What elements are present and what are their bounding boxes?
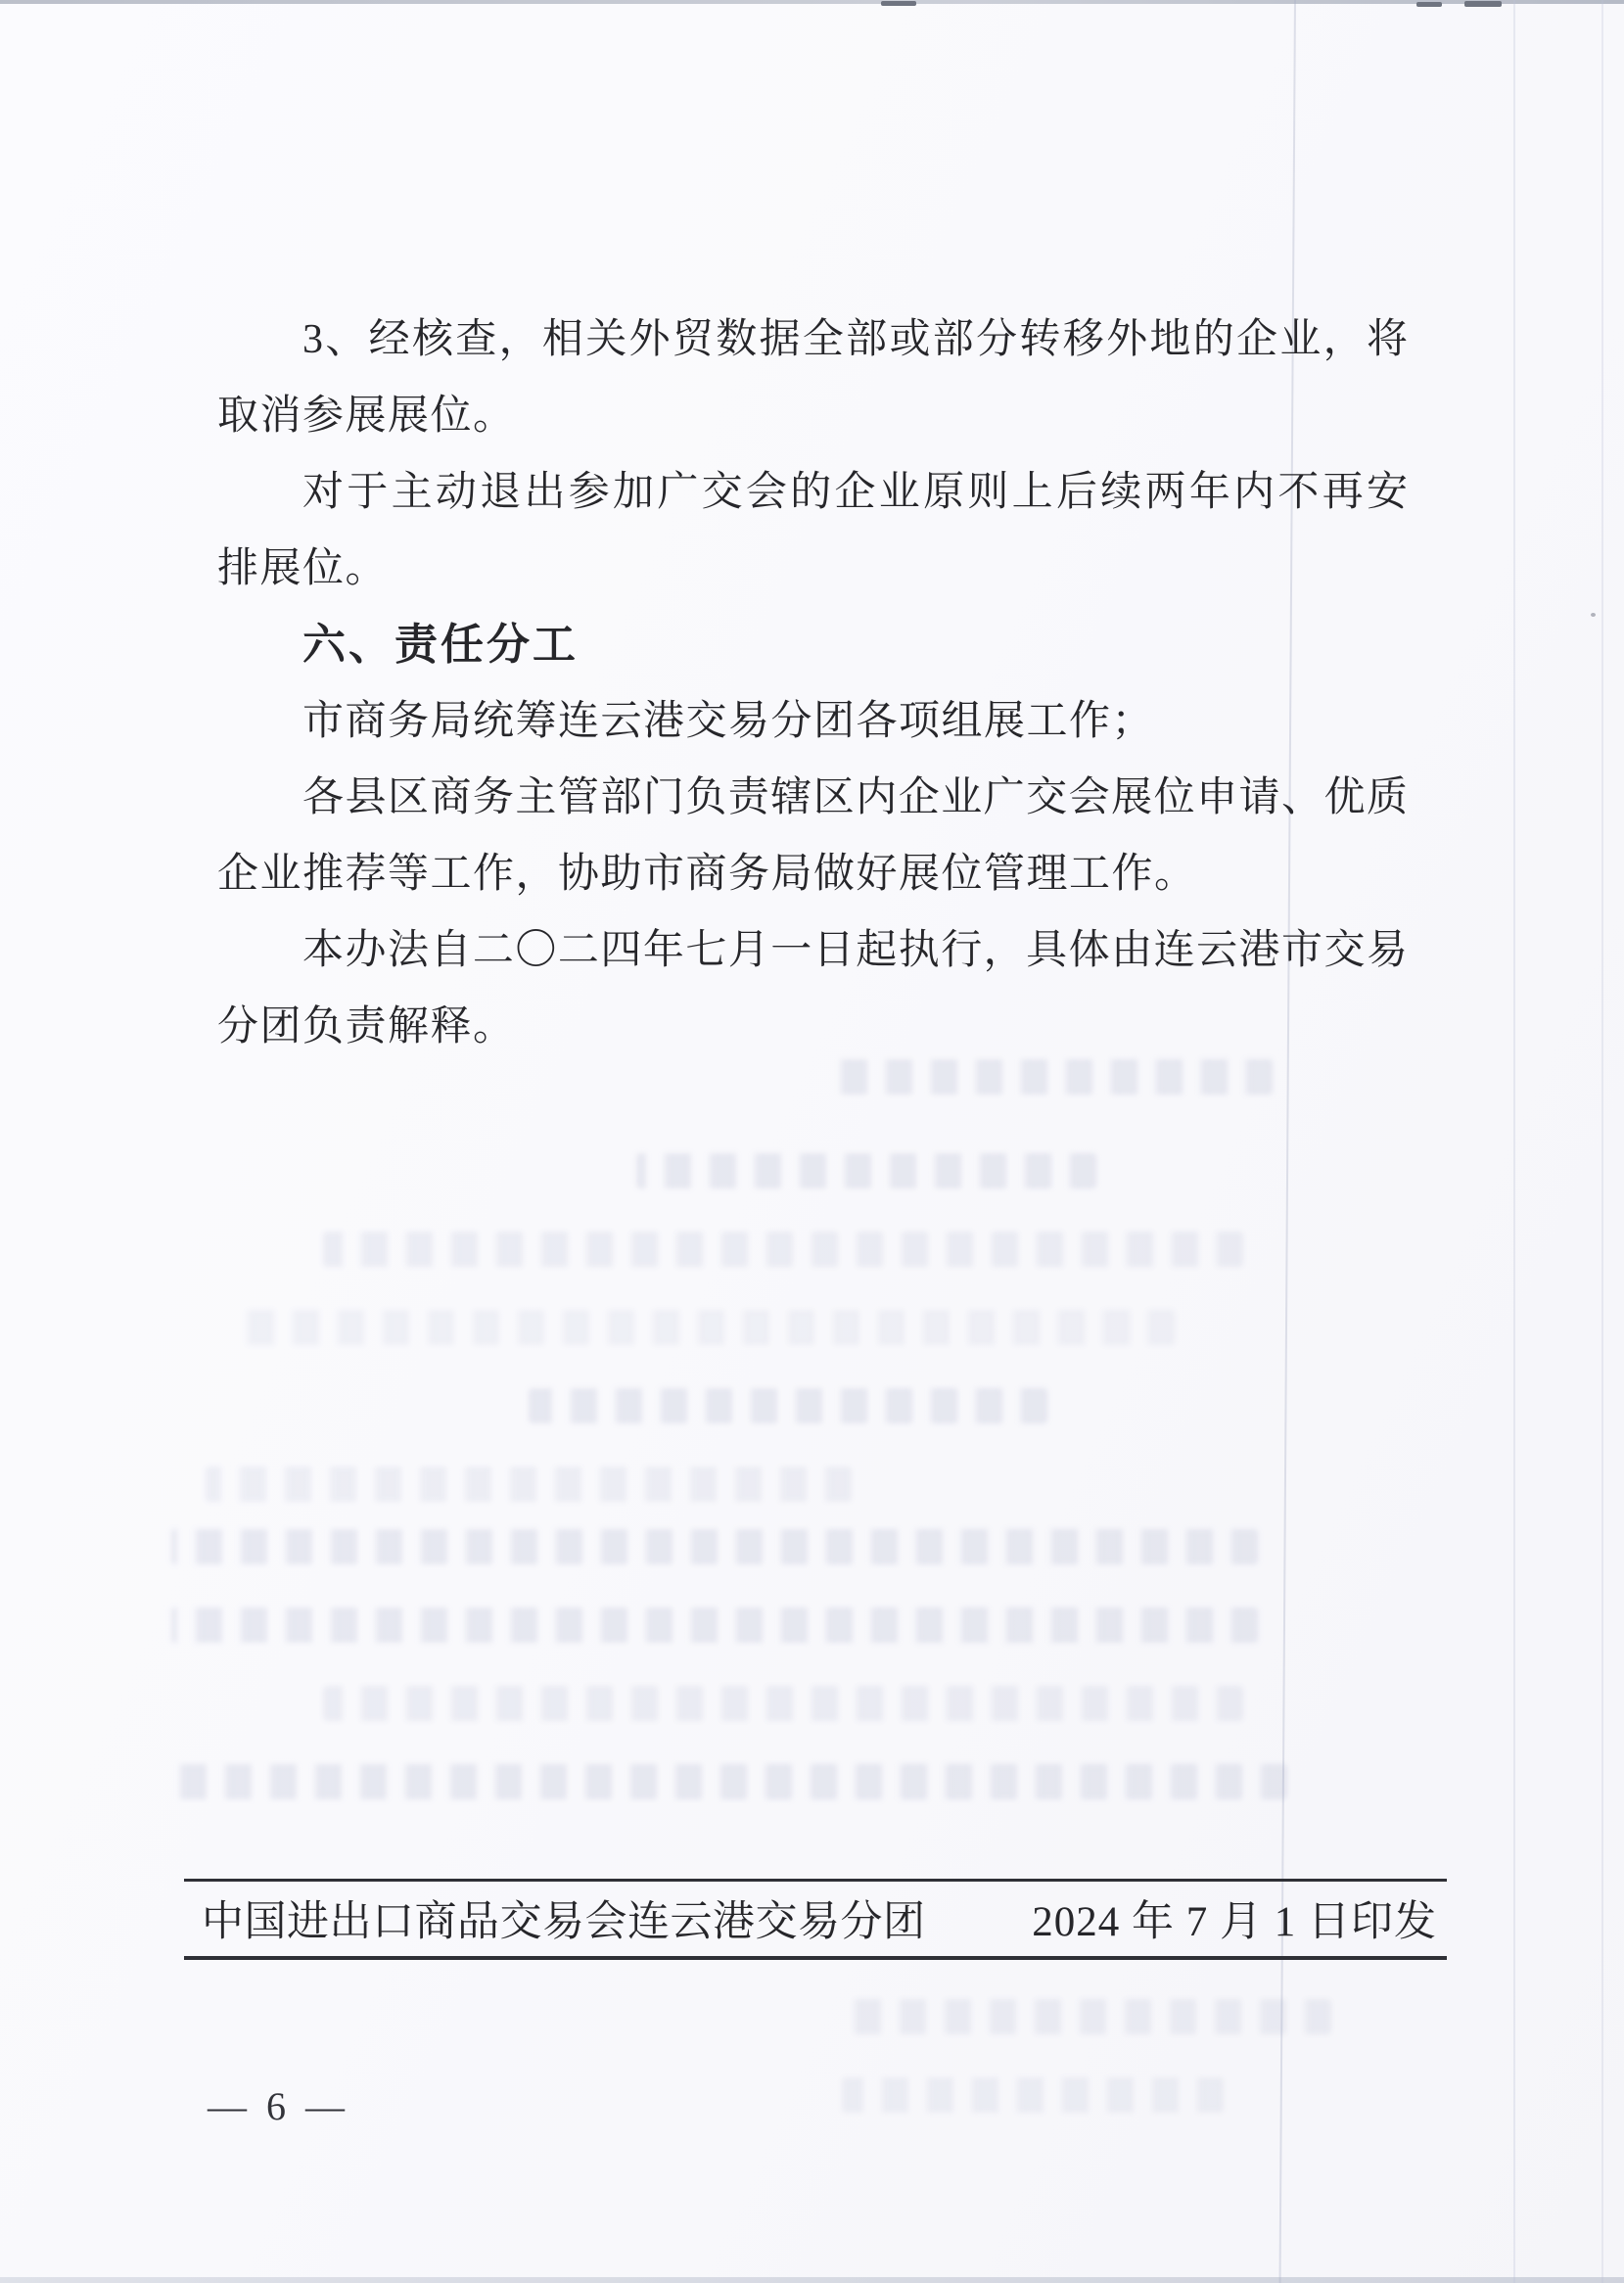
bleedthrough-smudge	[323, 1686, 1243, 1721]
scan-mark	[1464, 1, 1502, 7]
page-number: — 6 —	[208, 2083, 349, 2129]
body-line: 本办法自二〇二四年七月一日起执行，具体由连云港市交易	[217, 912, 1408, 989]
body-line: 对于主动退出参加广交会的企业原则上后续两年内不再安	[217, 454, 1408, 531]
section-heading: 六、责任分工	[217, 607, 1408, 683]
bleedthrough-smudge	[171, 1529, 1258, 1564]
body-line: 3、经核查，相关外贸数据全部或部分转移外地的企业，将	[217, 302, 1408, 378]
bleedthrough-smudge	[323, 1232, 1243, 1267]
footer-print-date: 2024 年 7 月 1 日印发	[1032, 1888, 1437, 1948]
document-page: 3、经核查，相关外贸数据全部或部分转移外地的企业，将 取消参展展位。 对于主动退…	[0, 0, 1624, 2283]
footer: 中国进出口商品交易会连云港交易分团 2024 年 7 月 1 日印发	[184, 1886, 1447, 1950]
bleedthrough-smudge	[171, 1764, 1287, 1799]
body-line: 各县区商务主管部门负责辖区内企业广交会展位申请、优质	[217, 760, 1408, 836]
footer-rule-top	[184, 1879, 1447, 1882]
scan-mark	[1416, 2, 1442, 7]
footer-issuer: 中国进出口商品交易会连云港交易分团	[202, 1888, 926, 1948]
body-line: 取消参展展位。	[217, 378, 1408, 454]
bleedthrough-smudge	[529, 1388, 1047, 1423]
scan-edge-bottom	[0, 2277, 1624, 2283]
body-line: 排展位。	[217, 531, 1408, 607]
bleedthrough-smudge	[842, 1999, 1331, 2034]
scan-mark	[881, 1, 916, 6]
bleedthrough-smudge	[636, 1153, 1096, 1188]
footer-rule-bottom	[184, 1956, 1447, 1960]
bleedthrough-smudge	[206, 1467, 852, 1502]
bleedthrough-smudge	[842, 2077, 1224, 2113]
scan-fold-line	[1513, 0, 1515, 2283]
body-line: 分团负责解释。	[217, 989, 1408, 1065]
body-line: 企业推荐等工作，协助市商务局做好展位管理工作。	[217, 836, 1408, 912]
bleedthrough-smudge	[171, 1607, 1258, 1643]
scan-speck	[1591, 613, 1596, 617]
scan-edge-top	[0, 0, 1624, 4]
document-body: 3、经核查，相关外贸数据全部或部分转移外地的企业，将 取消参展展位。 对于主动退…	[217, 302, 1408, 1065]
bleedthrough-smudge	[235, 1310, 1175, 1345]
scan-fold-line	[1601, 0, 1603, 2283]
body-line: 市商务局统筹连云港交易分团各项组展工作；	[217, 683, 1408, 760]
